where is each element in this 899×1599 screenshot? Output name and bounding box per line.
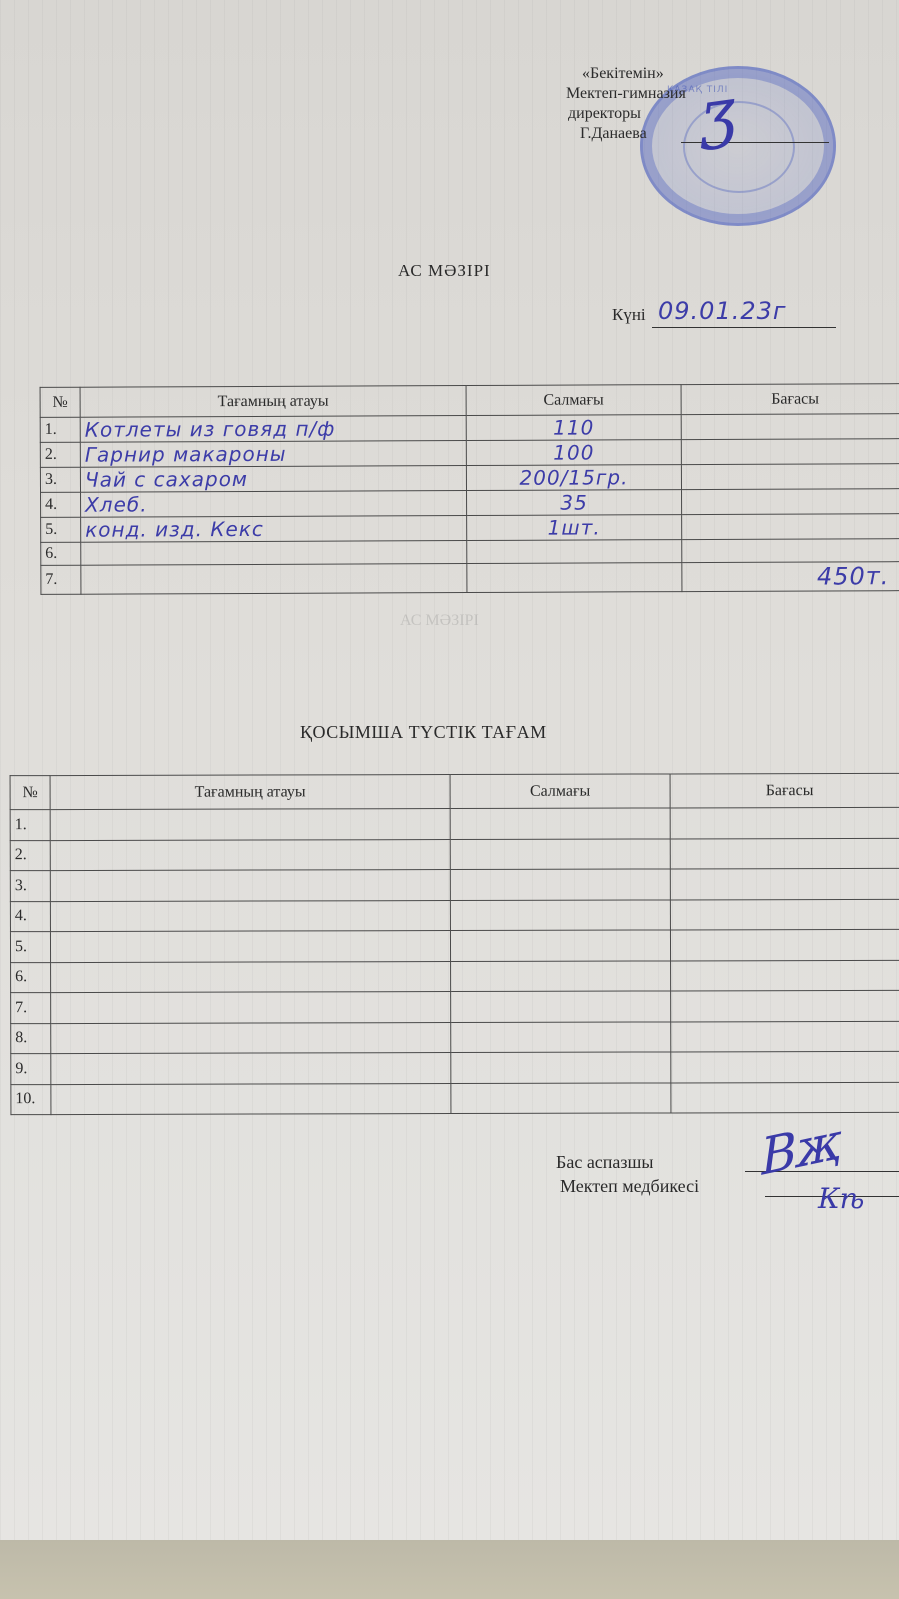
dish-weight: 35 (467, 490, 682, 516)
approval-block: «Бекітемін» Мектеп-гимназия директоры Г.… (566, 64, 686, 144)
table-row: 7.450т. (41, 562, 899, 595)
row-number: 1. (10, 810, 50, 841)
date-underline (652, 327, 836, 328)
dish-weight (451, 960, 671, 991)
header-name: Тағамның атауы (50, 775, 450, 810)
table-row: 8. (11, 1021, 899, 1054)
table-row: 1. (10, 807, 899, 840)
dish-name (50, 931, 450, 963)
dish-price (681, 464, 899, 490)
dish-price (671, 1082, 899, 1113)
table-row: 10. (11, 1082, 899, 1115)
extra-header-row: № Тағамның атауы Салмағы Бағасы (10, 773, 899, 809)
dish-weight (451, 1082, 671, 1113)
row-number: 5. (41, 517, 81, 542)
bleed-through-text: АС МӘЗІРІ (400, 612, 479, 630)
dish-weight (450, 838, 670, 869)
table-row: 6. (11, 960, 899, 993)
row-number: 6. (41, 542, 81, 565)
row-number: 4. (41, 492, 81, 517)
document-page (0, 0, 899, 1540)
menu-header-row: № Тағамның атауы Салмағы Бағасы (40, 384, 899, 418)
dish-name (50, 900, 450, 932)
nurse-signature: Кѣ (818, 1182, 864, 1215)
row-number: 4. (10, 901, 50, 932)
dish-name: Котлеты из говяд п/ф (80, 416, 466, 443)
background-surface (0, 1540, 899, 1599)
dish-price (671, 990, 899, 1021)
dish-price (681, 414, 899, 440)
dish-price (682, 539, 899, 563)
dish-price (670, 838, 899, 869)
dish-name (51, 961, 451, 993)
header-price: Бағасы (681, 384, 899, 415)
dish-name (51, 992, 451, 1024)
row-number: 1. (40, 417, 80, 442)
table-row: 3.Чай с сахаром200/15гр. (40, 464, 899, 493)
dish-weight (451, 991, 671, 1022)
table-row: 7. (11, 990, 899, 1023)
dish-name (81, 541, 467, 566)
dish-name: Гарнир макароны (80, 441, 466, 468)
dish-weight (450, 899, 670, 930)
dish-price (671, 1021, 899, 1052)
dish-name (50, 839, 450, 871)
table-row: 5. (10, 929, 899, 962)
dish-price (670, 929, 899, 960)
dish-weight (451, 1021, 671, 1052)
row-number: 7. (41, 565, 81, 594)
table-row: 9. (11, 1051, 899, 1084)
row-number: 7. (11, 993, 51, 1024)
dish-name: Чай с сахаром (80, 466, 466, 493)
dish-name (50, 809, 450, 841)
table-row: 1.Котлеты из говяд п/ф110 (40, 414, 899, 443)
dish-name (50, 870, 450, 902)
row-number: 10. (11, 1084, 51, 1115)
dish-price (671, 960, 899, 991)
dish-price: 450т. (682, 562, 899, 592)
row-number: 3. (40, 467, 80, 492)
dish-weight (450, 808, 670, 839)
dish-price (682, 489, 899, 515)
date-row: Күні 09.01.23г (612, 305, 646, 325)
dish-price (670, 899, 899, 930)
row-number: 2. (40, 442, 80, 467)
dish-weight (450, 869, 670, 900)
table-row: 4.Хлеб.35 (41, 489, 899, 518)
header-num: № (40, 387, 80, 417)
date-value: 09.01.23г (658, 297, 836, 325)
dish-name: Хлеб. (81, 491, 467, 518)
row-number: 9. (11, 1054, 51, 1085)
dish-name (81, 564, 467, 595)
approval-school: Мектеп-гимназия (566, 84, 686, 104)
header-weight: Салмағы (466, 385, 681, 416)
dish-name (51, 1083, 451, 1115)
row-number: 6. (11, 962, 51, 993)
row-number: 5. (10, 932, 50, 963)
approval-name: Г.Данаева (566, 124, 686, 144)
dish-weight (450, 930, 670, 961)
extra-table: № Тағамның атауы Салмағы Бағасы 1.2.3.4.… (10, 773, 899, 1115)
dish-weight: 100 (466, 440, 681, 466)
dish-name (51, 1022, 451, 1054)
dish-price (681, 439, 899, 465)
dish-weight (467, 540, 682, 564)
dish-weight: 110 (466, 415, 681, 441)
table-row: 5.конд. изд. Кекс1шт. (41, 514, 899, 543)
header-weight: Салмағы (450, 774, 670, 809)
header-num: № (10, 776, 50, 810)
table-row: 4. (10, 899, 899, 932)
dish-price (682, 514, 899, 540)
approval-role: директоры (566, 104, 686, 124)
header-price: Бағасы (670, 773, 899, 808)
nurse-label: Мектеп медбикесі (556, 1174, 699, 1198)
menu-title: АС МӘЗІРІ (398, 261, 491, 281)
extra-title: ҚОСЫМША ТҮСТІК ТАҒАМ (300, 722, 547, 743)
dish-name: конд. изд. Кекс (81, 516, 467, 543)
table-row: 2.Гарнир макароны100 (40, 439, 899, 468)
chef-label: Бас аспазшы (556, 1150, 699, 1174)
approval-heading: «Бекітемін» (566, 64, 686, 84)
dish-price (670, 868, 899, 899)
dish-weight (467, 563, 682, 593)
menu-table: № Тағамның атауы Салмағы Бағасы 1.Котлет… (40, 383, 899, 595)
dish-weight (451, 1052, 671, 1083)
dish-price (671, 1051, 899, 1082)
dish-price (670, 807, 899, 838)
table-row: 2. (10, 838, 899, 871)
table-row: 3. (10, 868, 899, 901)
dish-weight: 200/15гр. (466, 465, 681, 491)
row-number: 3. (10, 871, 50, 902)
row-number: 2. (10, 840, 50, 871)
dish-name (51, 1053, 451, 1085)
signature-block: Бас аспазшы Мектеп медбикесі (556, 1150, 699, 1198)
date-label: Күні (612, 305, 646, 324)
header-name: Тағамның атауы (80, 386, 466, 418)
dish-weight: 1шт. (467, 515, 682, 541)
row-number: 8. (11, 1023, 51, 1054)
